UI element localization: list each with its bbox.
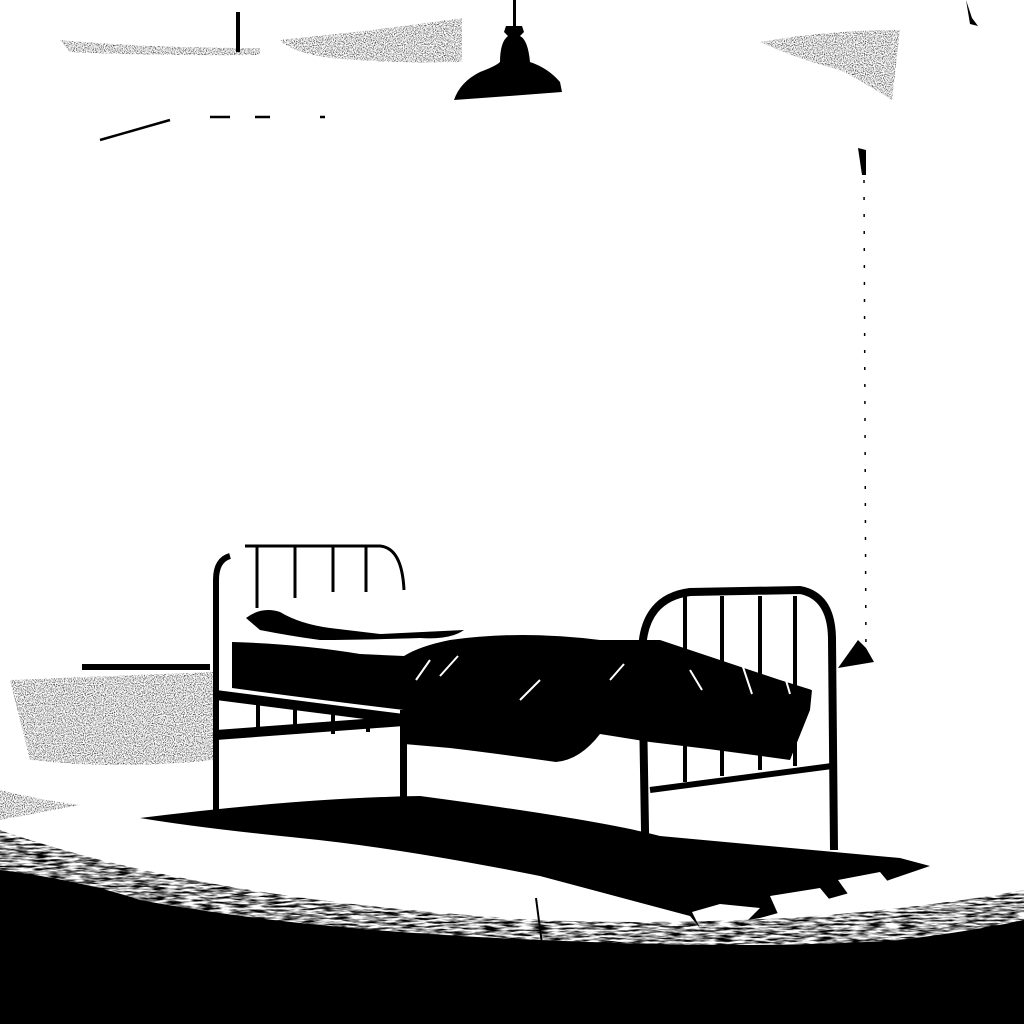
floor-wall-line — [82, 664, 210, 670]
scene — [0, 0, 1024, 1024]
bed-leg-middle — [400, 710, 407, 802]
lamp-cord — [513, 0, 516, 26]
ceiling-mark — [236, 12, 240, 52]
